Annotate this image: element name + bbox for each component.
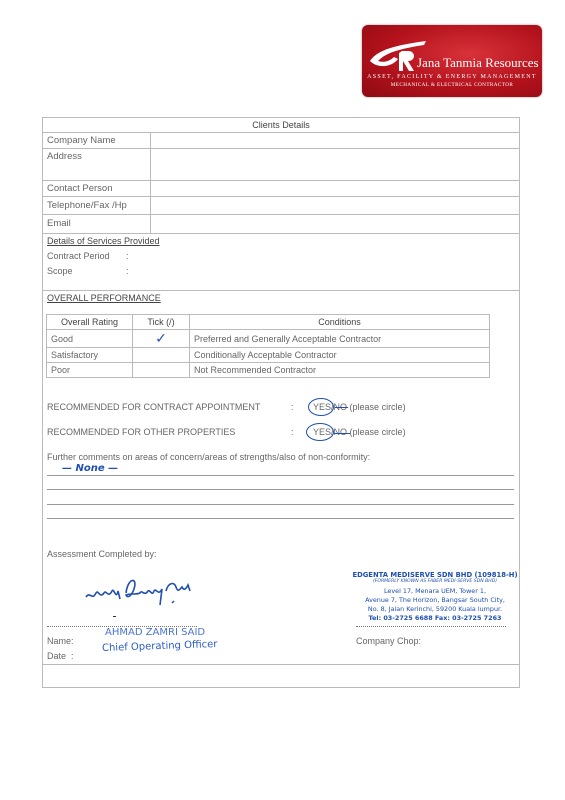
assessment-label: Assessment Completed by: [47, 549, 157, 559]
contract-period-colon: : [126, 251, 129, 261]
no-strikethrough-mark-icon [334, 433, 350, 434]
contact-person-label: Contact Person [47, 183, 112, 194]
logo-tagline-1: ASSET, FACILITY & ENERGY MANAGEMENT [362, 74, 542, 80]
recommend-properties-colon: : [291, 427, 294, 437]
tick-good-checkmark-icon[interactable]: ✓ [133, 330, 190, 348]
scope-field[interactable] [135, 264, 515, 277]
email-label: Email [47, 218, 71, 229]
name-colon: : [71, 636, 74, 646]
col-overall-rating: Overall Rating [47, 315, 133, 330]
rating-satisfactory: Satisfactory [47, 348, 133, 363]
company-name-field[interactable] [151, 133, 519, 148]
comments-field[interactable] [47, 462, 514, 518]
date-label: Date [47, 651, 66, 661]
contact-person-field[interactable] [151, 181, 519, 196]
assessor-name-stamp: AHMAD ZAMRI SAID [105, 627, 205, 638]
yes-circle-mark-icon [306, 423, 334, 441]
contract-period-field[interactable] [135, 249, 515, 262]
please-circle-hint: (please circle) [350, 427, 406, 437]
logo-brand-name: Jana Tanmia Resources [417, 55, 539, 71]
clients-details-title: Clients Details [42, 120, 520, 130]
scope-label: Scope [47, 266, 73, 276]
date-field[interactable] [85, 650, 205, 662]
rating-poor: Poor [47, 363, 133, 378]
recommend-contract-label: RECOMMENDED FOR CONTRACT APPOINTMENT [47, 402, 260, 412]
telephone-field[interactable] [151, 197, 519, 214]
no-strikethrough-mark-icon [335, 407, 348, 408]
recommend-properties-label: RECOMMENDED FOR OTHER PROPERTIES [47, 427, 235, 437]
scope-colon: : [126, 266, 129, 276]
tick-poor-cell[interactable] [133, 363, 190, 378]
name-label: Name [47, 636, 71, 646]
tick-satisfactory-cell[interactable] [133, 348, 190, 363]
chop-former-name: (FORMERLY KNOWN AS FABER MEDI-SERVE SDN … [350, 579, 520, 584]
comments-label: Further comments on areas of concern/are… [47, 452, 370, 462]
company-name-label: Company Name [47, 135, 116, 146]
chop-address-1: Level 17, Menara UEM, Tower 1, [350, 587, 520, 595]
company-chop-label: Company Chop: [356, 636, 421, 646]
address-label: Address [47, 151, 82, 162]
services-heading: Details of Services Provided [47, 236, 160, 246]
condition-good: Preferred and Generally Acceptable Contr… [190, 330, 490, 348]
contract-period-label: Contract Period [47, 251, 110, 261]
col-conditions: Conditions [190, 315, 490, 330]
table-row: Poor Not Recommended Contractor [47, 363, 490, 378]
condition-poor: Not Recommended Contractor [190, 363, 490, 378]
email-field[interactable] [151, 215, 519, 233]
recommend-contract-colon: : [291, 402, 294, 412]
chop-phone-fax: Tel: 03-2725 6688 Fax: 03-2725 7263 [350, 614, 520, 622]
overall-performance-heading: OVERALL PERFORMANCE [47, 293, 161, 303]
please-circle-hint: (please circle) [350, 402, 406, 412]
table-row: Good ✓ Preferred and Generally Acceptabl… [47, 330, 490, 348]
rating-table-header: Overall Rating Tick (/) Conditions [47, 315, 490, 330]
col-tick: Tick (/) [133, 315, 190, 330]
option-no[interactable]: NO [334, 427, 348, 437]
address-field[interactable] [151, 149, 519, 180]
telephone-label: Telephone/Fax /Hp [47, 200, 127, 211]
rating-good: Good [47, 330, 133, 348]
rating-table: Overall Rating Tick (/) Conditions Good … [46, 314, 490, 378]
chop-address-2: Avenue 7, The Horizon, Bangsar South Cit… [350, 596, 520, 604]
chop-company-name: EDGENTA MEDISERVE SDN BHD (109818-H) [350, 571, 520, 579]
chop-address-3: No. 8, Jalan Kerinchi, 59200 Kuala lumpu… [350, 605, 520, 613]
table-row: Satisfactory Conditionally Acceptable Co… [47, 348, 490, 363]
date-colon: : [71, 651, 74, 661]
signature-icon [82, 571, 200, 611]
company-logo: Jana Tanmia Resources ASSET, FACILITY & … [362, 25, 542, 97]
yes-circle-mark-icon [308, 398, 334, 416]
condition-satisfactory: Conditionally Acceptable Contractor [190, 348, 490, 363]
logo-tagline-2: MECHANICAL & ELECTRICAL CONTRACTOR [362, 82, 542, 88]
